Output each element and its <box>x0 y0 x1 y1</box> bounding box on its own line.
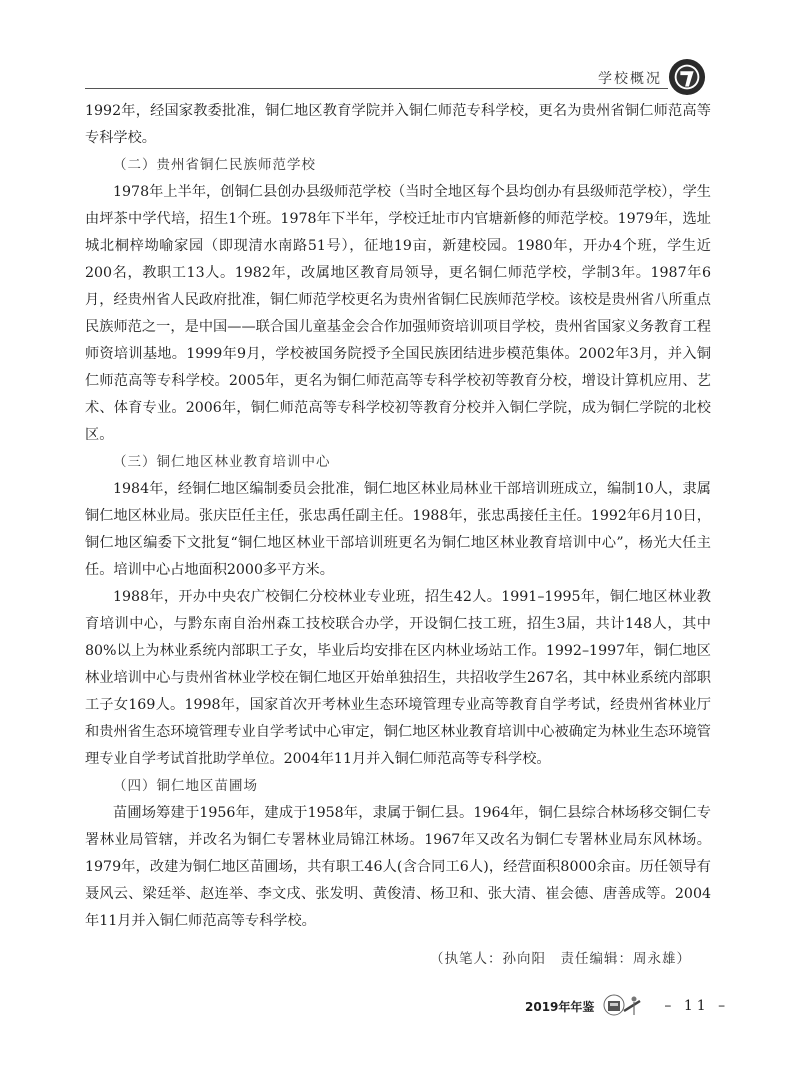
page-footer: 2019年年鉴 – 11 – <box>525 993 729 1019</box>
university-logo-icon <box>668 58 706 96</box>
paragraph: 1988年，开办中央农广校铜仁分校林业专业班，招生42人。1991–1995年，… <box>85 584 711 773</box>
subheading-nursery: （四）铜仁地区苗圃场 <box>85 773 711 800</box>
section-title: 学校概况 <box>598 68 662 88</box>
paragraph: 苗圃场筹建于1956年，建成于1958年，隶属于铜仁县。1964年，铜仁县综合林… <box>85 800 711 935</box>
page-number: – 11 – <box>664 998 729 1014</box>
author-credit: （执笔人：孙向阳 责任编辑：周永雄） <box>85 947 711 967</box>
subheading-forestry-training-center: （三）铜仁地区林业教育培训中心 <box>85 449 711 476</box>
yearbook-label: 2019年年鉴 <box>525 998 594 1015</box>
header-rule <box>85 88 668 89</box>
subheading-tongren-minzu-normal: （二）贵州省铜仁民族师范学校 <box>85 152 711 179</box>
paragraph: 1992年，经国家教委批准，铜仁地区教育学院并入铜仁师范专科学校，更名为贵州省铜… <box>85 98 711 152</box>
article-body: 1992年，经国家教委批准，铜仁地区教育学院并入铜仁师范专科学校，更名为贵州省铜… <box>85 98 711 967</box>
mascot-icon <box>602 993 646 1019</box>
paragraph: 1978年上半年，创铜仁县创办县级师范学校（当时全地区每个县均创办有县级师范学校… <box>85 179 711 449</box>
paragraph: 1984年，经铜仁地区编制委员会批准，铜仁地区林业局林业干部培训班成立，编制10… <box>85 476 711 584</box>
